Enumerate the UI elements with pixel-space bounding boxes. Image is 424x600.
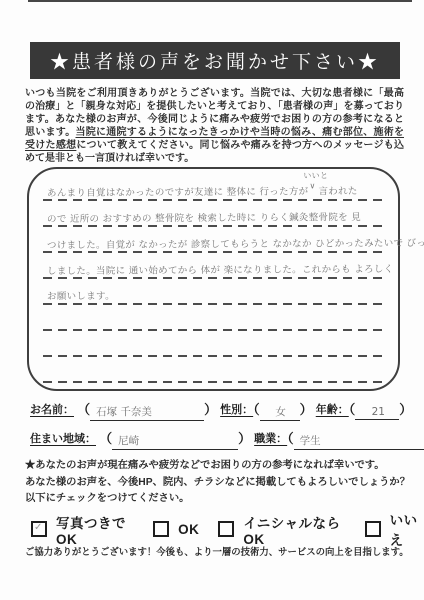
- checkbox-label-ok: OK: [178, 522, 199, 537]
- paren-close: ）: [300, 402, 313, 417]
- area-value: 尼崎: [118, 435, 139, 447]
- paren-close: ）: [204, 402, 217, 417]
- handwritten-text: ので 近所の おすすめの 整骨院を 検索した時に りらく鍼灸整骨院を 見: [47, 209, 361, 225]
- check-mark: ✓: [34, 522, 42, 533]
- form-row-name: お名前： （石塚 千奈美） 性別：（女） 年齢：（21）: [30, 399, 412, 421]
- age-label: 年齢：: [316, 404, 349, 416]
- checkbox-label-photo-ok: 写真つきでOK: [56, 512, 134, 547]
- handwritten-text: あんまり自覚はなかったのですが友達に 整体に 行った方が∨いいと言われた: [47, 183, 358, 199]
- comment-writing-area: あんまり自覚はなかったのですが友達に 整体に 行った方が∨いいと言われた ので …: [27, 167, 400, 391]
- inserted-word: いいと: [303, 170, 328, 181]
- form-title-banner: ★患者様の声をお聞かせ下さい★: [30, 42, 400, 79]
- insertion-annotation: ∨いいと: [308, 184, 318, 194]
- checkbox-option-initials-ok[interactable]: イニシャルならOK: [218, 512, 345, 547]
- handwritten-text: お願いします。: [47, 288, 115, 302]
- paren-open: （: [77, 402, 90, 417]
- scan-edge-line: [28, 0, 412, 2]
- note-line-2: あなた様のお声を、今後HP、院内、チラシなどに掲載してもよろしいでしょうか？: [25, 475, 405, 492]
- intro-paragraph: いつも当院をご利用頂きありがとうございます。当院では、大切な患者様に「最高の治療…: [25, 87, 404, 165]
- checkbox-label-no: いいえ: [390, 509, 424, 549]
- note-line-1: ★あなたのお声が現在痛みや疲労などでお困りの方の参考になれば幸いです。: [25, 458, 405, 475]
- handwriting-segment: あんまり自覚はなかったのですが友達に 整体に 行った方が: [47, 186, 309, 199]
- age-field: 21: [355, 406, 399, 420]
- paren-open: （: [99, 431, 112, 446]
- gender-field: 女: [260, 404, 300, 421]
- paren-close: ）: [238, 431, 251, 446]
- comment-line-8: [41, 357, 386, 383]
- comment-line-1: あんまり自覚はなかったのですが友達に 整体に 行った方が∨いいと言われた: [41, 175, 386, 201]
- caret-insert-mark: ∨: [309, 181, 315, 190]
- job-value: 学生: [300, 435, 321, 447]
- comment-line-4: しました。当院に 通い始めてから 体が 楽になりました。これからも よろしく: [41, 253, 386, 279]
- age-value: 21: [372, 406, 385, 418]
- intro-text-2: について教えてください。同じ悩みや痛みを持つ方へのメッセージも込めて是非とも一言…: [25, 140, 404, 164]
- comment-line-2: ので 近所の おすすめの 整骨院を 検索した時に りらく鍼灸整骨院を 見: [41, 201, 386, 227]
- comment-line-5: お願いします。: [41, 279, 386, 305]
- checkbox-initials-ok[interactable]: [218, 521, 234, 537]
- name-field: 石塚 千奈美: [90, 404, 204, 421]
- publication-consent-note: ★あなたのお声が現在痛みや疲労などでお困りの方の参考になれば幸いです。 あなた様…: [25, 458, 405, 508]
- job-field: 学生: [294, 433, 424, 450]
- checkbox-label-initials-ok: イニシャルならOK: [243, 512, 345, 547]
- comment-line-7: [41, 331, 386, 357]
- handwriting-segment: 言われた: [318, 186, 357, 197]
- checkbox-option-no[interactable]: いいえ: [365, 509, 424, 549]
- scanned-feedback-form: ★患者様の声をお聞かせ下さい★ いつも当院をご利用頂きありがとうございます。当院…: [0, 0, 424, 600]
- comment-line-3: つけました。自覚が なかったが 診察してもらうと なかなか ひどかったみたいで …: [41, 227, 386, 253]
- name-label: お名前：: [30, 404, 74, 416]
- checkbox-option-ok[interactable]: OK: [153, 521, 199, 537]
- checkbox-option-photo-ok[interactable]: ✓ 写真つきでOK: [31, 512, 134, 547]
- checkbox-no[interactable]: [365, 521, 381, 537]
- consent-checkbox-row: ✓ 写真つきでOK OK イニシャルならOK いいえ: [31, 509, 424, 549]
- thank-you-note: ご協力ありがとうございます！今後も、より一層の技術力、サービスの向上を目指します…: [25, 544, 409, 558]
- note-line-3: 以下にチェックをつけてください。: [25, 491, 405, 508]
- comment-line-6: [41, 305, 386, 331]
- paren-close: ）: [399, 402, 412, 417]
- handwritten-text: しました。当院に 通い始めてから 体が 楽になりました。これからも よろしく: [47, 261, 394, 277]
- name-value: 石塚 千奈美: [96, 406, 152, 418]
- form-title: ★患者様の声をお聞かせ下さい★: [50, 47, 380, 74]
- dashed-writing-line: [43, 381, 384, 383]
- gender-value: 女: [275, 406, 286, 418]
- handwritten-text: つけました。自覚が なかったが 診察してもらうと なかなか ひどかったみたいで …: [47, 235, 424, 251]
- area-label: 住まい地域：: [30, 433, 96, 445]
- job-label: 職業：: [254, 433, 287, 445]
- gender-label: 性別：: [220, 404, 253, 416]
- form-row-address: 住まい地域： （尼崎） 職業：（学生）: [30, 428, 424, 450]
- area-field: 尼崎: [112, 433, 238, 450]
- checkbox-ok[interactable]: [153, 521, 169, 537]
- checkbox-photo-ok[interactable]: ✓: [31, 521, 47, 537]
